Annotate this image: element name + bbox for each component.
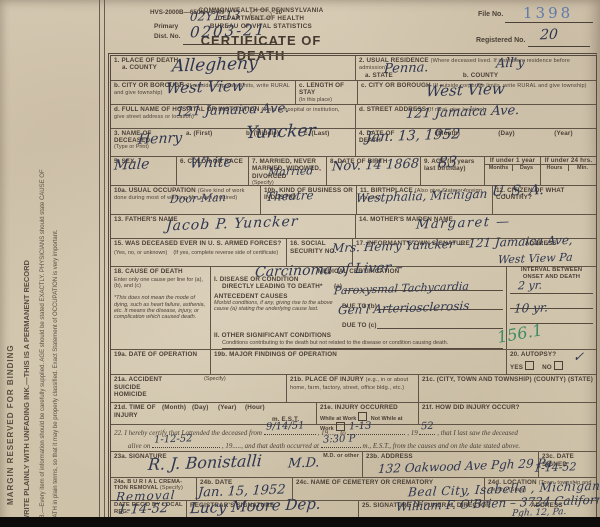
- certify-to-gap: 1-13: [347, 426, 405, 435]
- handwritten-first-name: Henry: [138, 131, 183, 147]
- handwritten-death-date: Jan. 13, 1952: [366, 127, 461, 144]
- handwritten-last-name: Yuncker: [245, 123, 316, 142]
- due-to-c-label: DUE TO (c): [342, 322, 377, 329]
- row-name-deathdate: 3. NAME OF DECEASED (Type or Print) a. (…: [111, 129, 596, 157]
- handwritten-mother-name: Margaret —: [416, 215, 511, 231]
- handwritten-sex: Male: [114, 157, 150, 172]
- handwritten-institution-address: 121 Jamaica Ave.: [176, 102, 290, 119]
- certify-l1c: , 19: [407, 429, 418, 437]
- handwritten-registered-number: 20: [540, 28, 559, 43]
- certify-hour-gap: 3:30 P: [321, 439, 361, 448]
- certify-line-2: alive on 1-12-52 , 19....., and that dea…: [114, 439, 593, 452]
- handwritten-interval-b: 2 yr.: [518, 280, 543, 292]
- death-day-label: (Day): [479, 130, 534, 155]
- file-number-line: [505, 22, 593, 23]
- certify-toyear-gap: 52: [419, 426, 435, 435]
- cause-of-death-title: 18. CAUSE OF DEATH: [114, 268, 207, 275]
- length-of-stay-note: (In this place): [299, 97, 354, 103]
- handwritten-industry: Theatre: [266, 189, 314, 203]
- district-number-label: Dist. No.: [154, 33, 180, 40]
- handwritten-race: White: [190, 155, 233, 171]
- certify-l2a: alive on: [128, 442, 150, 450]
- time-of-injury-label: 21d. TIME OF INJURY: [114, 404, 162, 423]
- place-of-injury-label: 21b. PLACE OF INJURY: [290, 376, 364, 383]
- handwritten-autopsy-check: ✓: [573, 351, 585, 364]
- handwritten-age: 83: [437, 155, 457, 171]
- length-of-stay-label: c. LENGTH OF STAY: [299, 82, 354, 97]
- autopsy-yes-label: YES: [510, 364, 523, 371]
- if-under-24-hrs-label: If under 24 hrs.: [541, 157, 596, 164]
- injury-year-label: (Year): [218, 404, 245, 423]
- handwritten-death-city: West View: [165, 79, 245, 97]
- handwritten-marital-status: Married: [268, 165, 314, 178]
- handwritten-residence-city: West View: [425, 82, 505, 100]
- injury-hour-label: (Hour): [245, 404, 272, 423]
- handwritten-occupation: Door-Man: [170, 192, 227, 205]
- days-label: Days: [513, 165, 540, 171]
- margin-nb-note-line2: DEATH in plain terms, so that it may be …: [53, 230, 59, 526]
- residence-city-label: c. CITY OR BOROUGH: [361, 82, 431, 89]
- accident-suicide-homicide-label: 21a. ACCIDENT SUICIDE HOMICIDE: [114, 376, 174, 401]
- handwritten-interval-c: 10 yr.: [514, 301, 549, 314]
- autopsy-no-checkbox: [554, 361, 563, 370]
- handwritten-physician-signature: R. J. Bonistalli: [147, 453, 262, 473]
- due-to-c-line: [377, 319, 503, 329]
- margin-nb-note-line1: N. B.—Every item of information should b…: [40, 169, 46, 526]
- handwritten-informant-line2: West View Pa: [498, 252, 573, 266]
- certify-l2b: , 19....., and that death occurred at: [222, 442, 319, 450]
- scan-edge: [0, 517, 600, 527]
- months-label: Months: [485, 165, 513, 171]
- while-at-work-checkbox: [358, 412, 367, 421]
- injury-city-label: 21c. (CITY, TOWN AND TOWNSHIP): [422, 376, 532, 401]
- armed-forces-label: 15. WAS DECEASED EVER IN U. S. ARMED FOR…: [114, 240, 283, 247]
- disease-label-line2: DIRECTLY LEADING TO DEATH*: [222, 283, 332, 290]
- handwritten-attended-from: 9/14/51: [266, 421, 305, 434]
- handwritten-date-signed: 1-14-52: [534, 461, 577, 474]
- antecedent-note: Morbid conditions, if any, giving rise t…: [214, 300, 342, 329]
- injury-month-label: (Month): [162, 404, 192, 423]
- registered-number-label: Registered No.: [476, 37, 525, 44]
- death-year-label: (Year): [534, 130, 593, 155]
- injury-county-label: (COUNTY): [534, 376, 566, 401]
- registered-number-line: [528, 46, 590, 47]
- autopsy-no-label: NO: [542, 364, 552, 371]
- handwritten-death-county: Allegheny: [171, 55, 258, 75]
- row-injury-abc: 21a. ACCIDENT SUICIDE HOMICIDE (Specify)…: [111, 375, 596, 403]
- armed-forces-note2: (If yes, complete reverse side of certif…: [173, 250, 278, 256]
- other-conditions-note: Conditions contributing to the death but…: [222, 340, 503, 349]
- row-certify-statement: 22. I hereby certify that I attended the…: [111, 425, 596, 452]
- injury-state-label: (STATE): [568, 376, 593, 401]
- operation-date-label: 19a. DATE OF OPERATION: [114, 351, 207, 358]
- handwritten-attended-to: 1-13: [349, 421, 372, 434]
- handwritten-death-hour: 3:30 P: [323, 434, 356, 447]
- handwritten-street-address: 121 Jamaica Ave.: [406, 104, 520, 121]
- injury-occurred-label: 21e. INJURY OCCURRED: [320, 404, 415, 411]
- handwritten-date-received: 1-14-52: [118, 502, 169, 517]
- name-first-label: a. (First): [186, 130, 246, 155]
- if-under-1-year-label: If under 1 year: [485, 157, 540, 164]
- certify-alive-gap: 1-12-52: [152, 439, 220, 448]
- injury-day-label: (Day): [192, 404, 218, 423]
- handwritten-residence-county: All'y: [496, 56, 526, 70]
- handwritten-residence-state: Penna.: [384, 61, 429, 76]
- death-certificate-scan: MARGIN RESERVED FOR BINDING WRITE PLAINL…: [0, 0, 600, 527]
- file-number-label: File No.: [478, 11, 503, 18]
- cause-of-death-note: Enter only one cause per line for (a), (…: [114, 277, 207, 290]
- primary-label: Primary: [154, 23, 178, 30]
- binding-rule: [99, 0, 105, 517]
- file-number-value: 1398: [523, 4, 573, 22]
- handwritten-to-year: 52: [421, 421, 434, 433]
- residence-county-label: b. COUNTY: [463, 72, 498, 79]
- operation-findings-label: 19b. MAJOR FINDINGS OF OPERATION: [214, 351, 503, 358]
- md-or-other-label: M.D. or other: [323, 453, 359, 460]
- accident-note: (Specify): [204, 376, 226, 401]
- margin-permanent-record-note: WRITE PLAINLY WITH UNFADING INK.—THIS IS…: [22, 260, 31, 522]
- handwritten-birth-date: Nov. 14 1868: [332, 157, 420, 173]
- certify-l1d: , that I last saw the deceased: [437, 429, 518, 437]
- handwritten-alive-on: 1-12-52: [154, 434, 193, 447]
- handwritten-registrar-signature: Lucy Moore Dep.: [190, 497, 322, 517]
- handwritten-citizenship: U. S. A.: [492, 183, 545, 199]
- row-operation-autopsy: 19a. DATE OF OPERATION 19b. MAJOR FINDIN…: [111, 350, 596, 375]
- certify-from-gap: 9/14/51: [264, 426, 316, 435]
- margin-binding-note: MARGIN RESERVED FOR BINDING: [6, 344, 15, 505]
- autopsy-yes-checkbox: [525, 361, 534, 370]
- armed-forces-note1: (Yes, no, or unknown): [114, 250, 167, 256]
- cause-of-death-footnote: *This does not mean the mode of dying, s…: [114, 295, 207, 320]
- min-label: Min.: [569, 165, 596, 171]
- handwritten-physician-md: M.D.: [288, 456, 320, 470]
- other-conditions-label: II. OTHER SIGNIFICANT CONDITIONS: [214, 332, 503, 339]
- certify-l2c: m., E.S.T., from the causes and on the d…: [363, 442, 521, 450]
- hours-label: Hours: [541, 165, 569, 171]
- how-injury-occurred-label: 21f. HOW DID INJURY OCCUR?: [422, 404, 593, 411]
- handwritten-district-number: 0203-21: [189, 23, 266, 41]
